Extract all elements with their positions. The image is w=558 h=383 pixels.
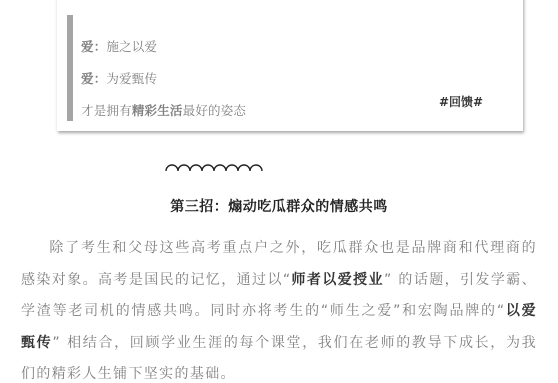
quote-line-3-bold: 精彩生活 bbox=[132, 103, 183, 118]
para-seg-3: 相结合，回顾学业生涯的每个课堂，我们在老师的教导下成长，为我们的精彩人生铺下坚实… bbox=[21, 335, 537, 383]
quote-line-3-post: 最好的姿态 bbox=[183, 103, 247, 118]
quote-line-2: 爱：为爱甄传 bbox=[81, 69, 157, 87]
close-quote: ” bbox=[52, 335, 61, 351]
quote-line-1-label: 爱： bbox=[81, 39, 106, 54]
quote-line-3-pre: 才是拥有 bbox=[81, 103, 132, 118]
quote-card: 爱：施之以爱 爱：为爱甄传 才是拥有精彩生活最好的姿态 #回馈# bbox=[57, 0, 523, 131]
quote-line-1-text: 施之以爱 bbox=[106, 39, 157, 54]
quote-line-2-label: 爱： bbox=[81, 71, 106, 86]
hashtag-label: #回馈# bbox=[439, 93, 483, 110]
section-heading: 第三招：煽动吃瓜群众的情感共鸣 bbox=[0, 196, 558, 216]
quote-line-2-text: 为爱甄传 bbox=[106, 71, 157, 86]
quote-line-3: 才是拥有精彩生活最好的姿态 bbox=[81, 101, 246, 119]
blockquote: 爱：施之以爱 爱：为爱甄传 才是拥有精彩生活最好的姿态 #回馈# bbox=[67, 15, 513, 121]
wavy-line-icon bbox=[165, 160, 265, 172]
body-paragraph: 除了考生和父母这些高考重点户之外，吃瓜群众也是品牌商和代理商的感染对象。高考是国… bbox=[21, 233, 537, 383]
emphasis-teacher-love: 师者以爱授业 bbox=[291, 272, 383, 288]
quote-line-1: 爱：施之以爱 bbox=[81, 37, 157, 55]
close-quote: ” bbox=[384, 272, 393, 288]
